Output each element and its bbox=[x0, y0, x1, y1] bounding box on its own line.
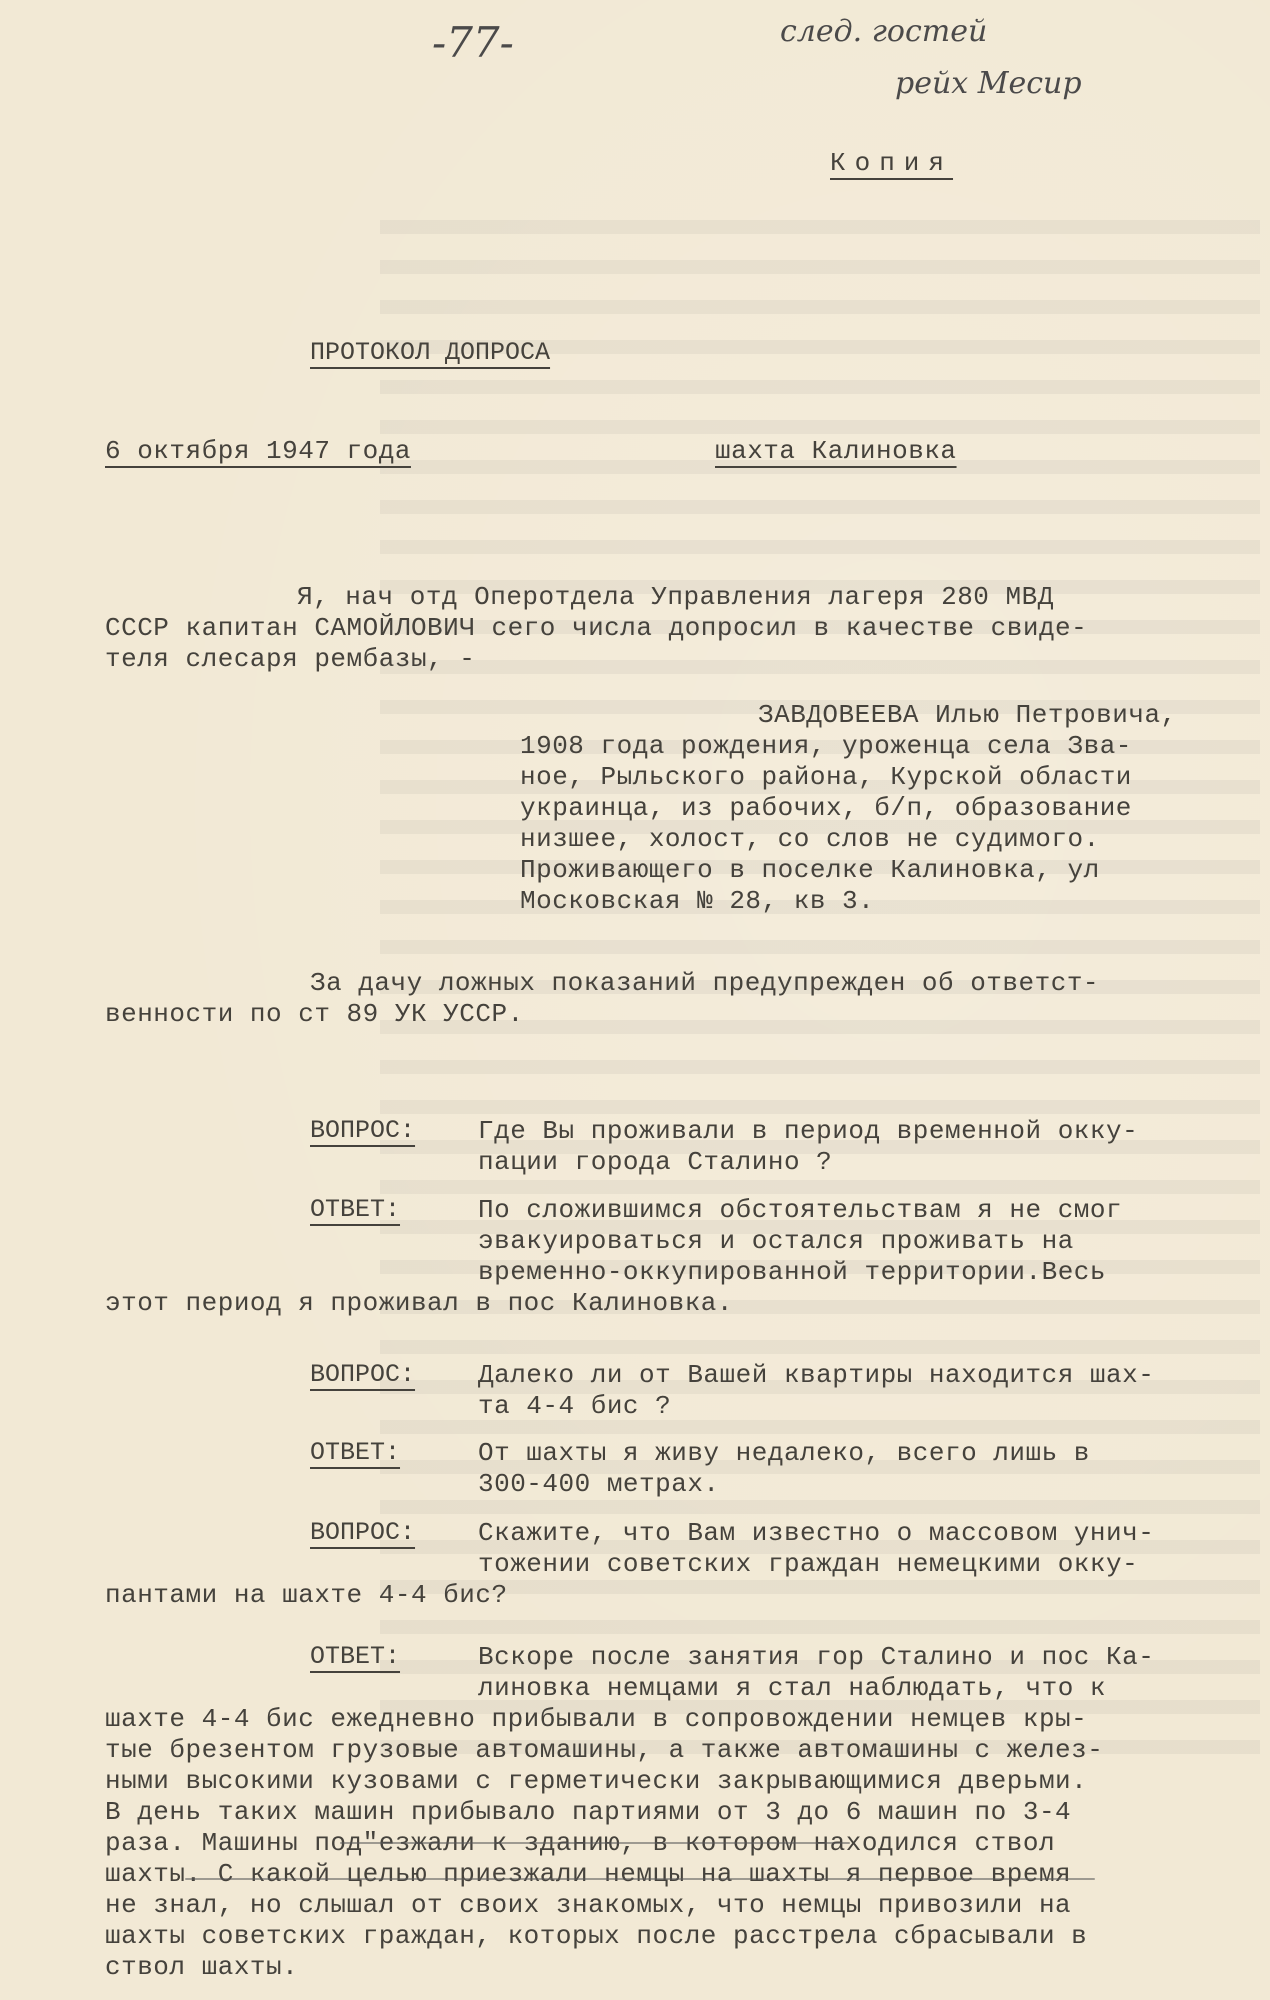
witness-line: Проживающего в поселке Калиновка, ул bbox=[520, 855, 1100, 885]
pencil-underline bbox=[340, 1842, 850, 1844]
answer-label: ОТВЕТ: bbox=[310, 1438, 400, 1467]
intro-line: СССР капитан САМОЙЛОВИЧ сего числа допро… bbox=[105, 613, 1087, 643]
document-title: ПРОТОКОЛ ДОПРОСА bbox=[310, 338, 550, 367]
qa-text-line: Далеко ли от Вашей квартиры находится ша… bbox=[478, 1360, 1154, 1390]
witness-line: Московская № 28, кв 3. bbox=[520, 886, 874, 916]
question-label: ВОПРОС: bbox=[310, 1360, 415, 1389]
qa-continuation-line: пантами на шахте 4-4 бис? bbox=[105, 1580, 508, 1610]
qa-continuation-line: шахты. С какой целью приезжали немцы на … bbox=[105, 1859, 1071, 1889]
witness-line: низшее, холост, со слов не судимого. bbox=[520, 824, 1100, 854]
qa-text-line: пации города Сталино ? bbox=[478, 1147, 832, 1177]
handwritten-note-line2: рейх Месир bbox=[895, 66, 1082, 101]
qa-continuation-line: шахты советских граждан, которых после р… bbox=[105, 1921, 1087, 1951]
qa-continuation-line: не знал, но слышал от своих знакомых, чт… bbox=[105, 1890, 1071, 1920]
witness-line: ное, Рыльского района, Курской области bbox=[520, 762, 1132, 792]
qa-text-line: От шахты я живу недалеко, всего лишь в bbox=[478, 1438, 1090, 1468]
witness-line: украинца, из рабочих, б/п, образование bbox=[520, 793, 1132, 823]
question-label: ВОПРОС: bbox=[310, 1116, 415, 1145]
qa-text-line: Где Вы проживали в период временной окку… bbox=[478, 1116, 1138, 1146]
page-number: -77- bbox=[432, 18, 514, 67]
intro-line: Я, нач отд Оперотдела Управления лагеря … bbox=[297, 582, 1054, 612]
witness-line: 1908 года рождения, уроженца села Зва- bbox=[520, 731, 1132, 761]
interview-date: 6 октября 1947 года bbox=[105, 436, 411, 466]
warning-line: венности по ст 89 УК УССР. bbox=[105, 999, 524, 1029]
qa-text-line: временно-оккупированной территории.Весь bbox=[478, 1257, 1106, 1287]
qa-text-line: 300-400 метрах. bbox=[478, 1469, 720, 1499]
qa-continuation-line: шахте 4-4 бис ежедневно прибывали в сопр… bbox=[105, 1704, 1087, 1734]
qa-continuation-line: В день таких машин прибывало партиями от… bbox=[105, 1797, 1071, 1827]
intro-line: теля слесаря рембазы, - bbox=[105, 644, 475, 674]
qa-text-line: тожении советских граждан немецкими окку… bbox=[478, 1549, 1138, 1579]
document-page: -77- след. гостей рейх Месир Копия ПРОТО… bbox=[0, 0, 1270, 2000]
qa-text-line: По сложившимся обстоятельствам я не смог bbox=[478, 1195, 1122, 1225]
interview-place: шахта Калиновка bbox=[715, 436, 957, 466]
witness-line: ЗАВДОВЕЕВА Илью Петровича, bbox=[758, 700, 1177, 730]
qa-continuation-line: ными высокими кузовами с герметически за… bbox=[105, 1766, 1087, 1796]
qa-text-line: та 4-4 бис ? bbox=[478, 1391, 671, 1421]
qa-text-line: Вскоре после занятия гор Сталино и пос К… bbox=[478, 1642, 1154, 1672]
question-label: ВОПРОС: bbox=[310, 1518, 415, 1547]
qa-text-line: эвакуироваться и остался проживать на bbox=[478, 1226, 1074, 1256]
answer-label: ОТВЕТ: bbox=[310, 1642, 400, 1671]
copy-mark: Копия bbox=[830, 148, 953, 178]
qa-continuation-line: ствол шахты. bbox=[105, 1952, 298, 1982]
qa-continuation-line: этот период я проживал в пос Калиновка. bbox=[105, 1288, 733, 1318]
warning-line: За дачу ложных показаний предупрежден об… bbox=[310, 968, 1099, 998]
answer-label: ОТВЕТ: bbox=[310, 1195, 400, 1224]
qa-text-line: Скажите, что Вам известно о массовом уни… bbox=[478, 1518, 1154, 1548]
qa-continuation-line: тые брезентом грузовые автомашины, а так… bbox=[105, 1735, 1103, 1765]
pencil-underline bbox=[185, 1878, 1095, 1880]
qa-text-line: линовка немцами я стал наблюдать, что к bbox=[478, 1673, 1106, 1703]
handwritten-note-line1: след. гостей bbox=[780, 14, 987, 49]
